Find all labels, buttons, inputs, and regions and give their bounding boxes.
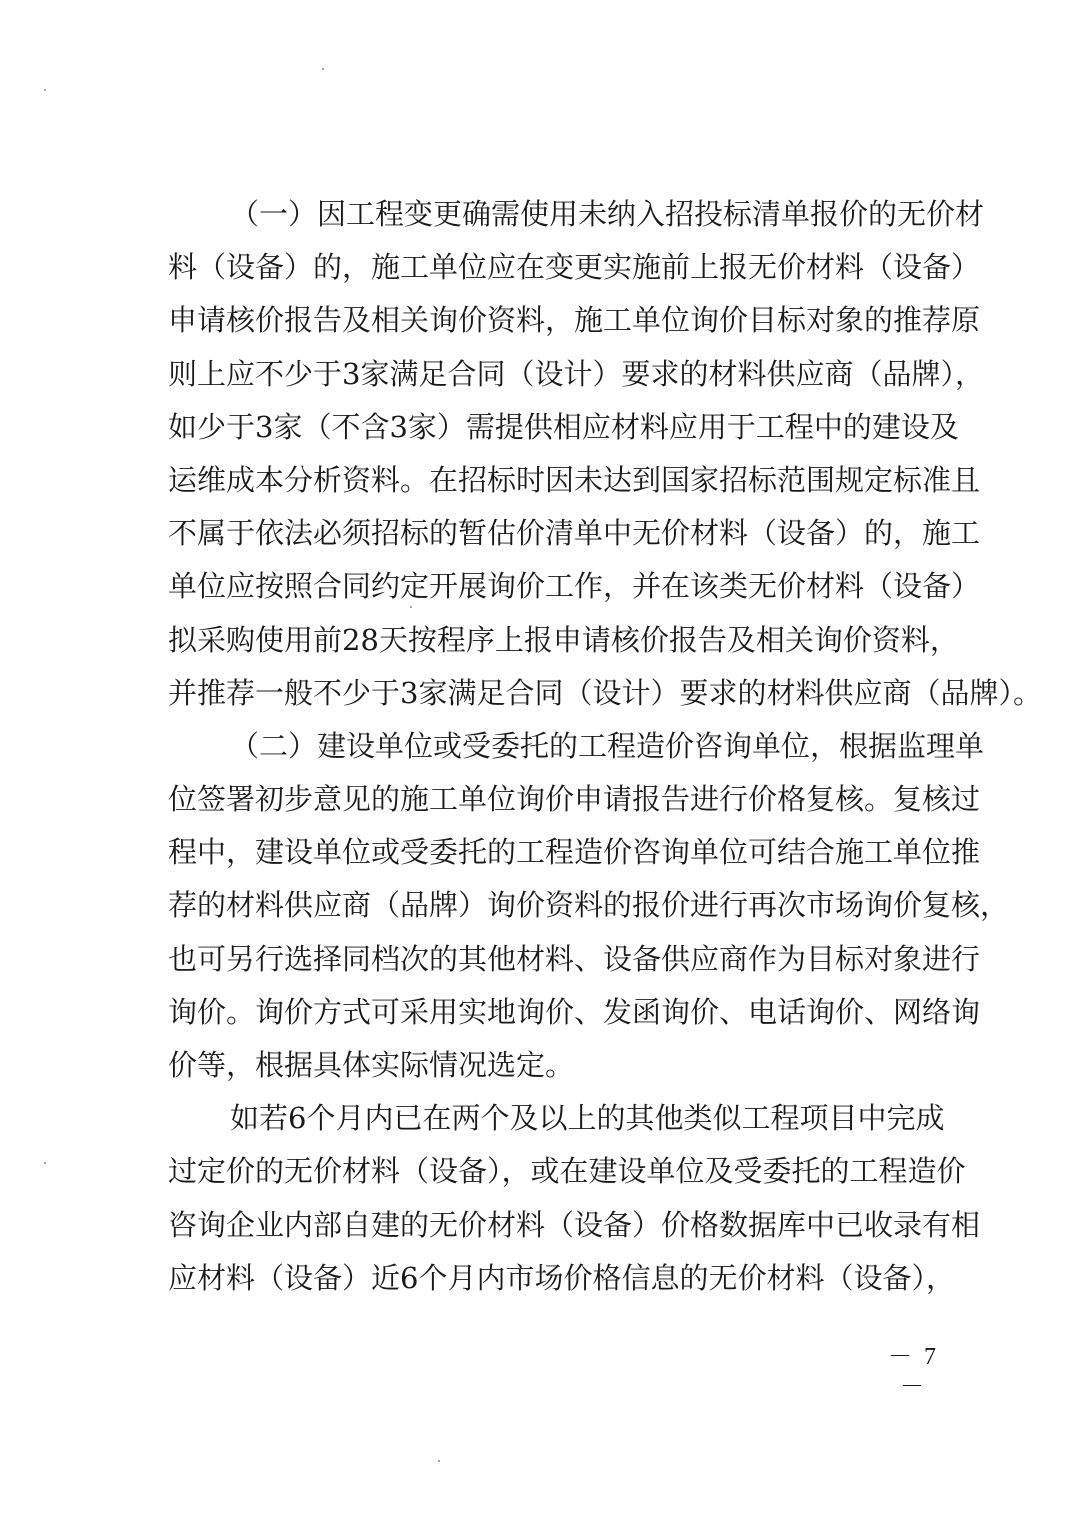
text-line: 运维成本分析资料。在招标时因未达到国家招标范围规定标准且 [168, 454, 940, 507]
text-line: 料（设备）的，施工单位应在变更实施前上报无价材料（设备） [168, 241, 940, 294]
scan-speck [438, 1460, 440, 1462]
text-line: 单位应按照合同约定开展询价工作，并在该类无价材料（设备） [168, 560, 940, 613]
scan-speck [44, 1162, 46, 1164]
text-line: 并推荐一般不少于3家满足合同（设计）要求的材料供应商（品牌）。 [168, 667, 940, 720]
text-line: 应材料（设备）近6个月内市场价格信息的无价材料（设备）， [168, 1252, 940, 1305]
text-line: 询价。询价方式可采用实地询价、发函询价、电话询价、网络询 [168, 986, 940, 1039]
text-line: 也可另行选择同档次的其他材料、设备供应商作为目标对象进行 [168, 933, 940, 986]
text-line: 位签署初步意见的施工单位询价申请报告进行价格复核。复核过 [168, 773, 940, 826]
document-page: （一）因工程变更确需使用未纳入招投标清单报价的无价材 料（设备）的，施工单位应在… [0, 0, 1080, 1528]
text-line: （二）建设单位或受委托的工程造价咨询单位，根据监理单 [168, 720, 940, 773]
page-number: － 7 － [872, 1342, 952, 1402]
paragraph-item-1: （一）因工程变更确需使用未纳入招投标清单报价的无价材 料（设备）的，施工单位应在… [168, 188, 940, 720]
text-line: 荐的材料供应商（品牌）询价资料的报价进行再次市场询价复核， [168, 879, 940, 932]
text-line: （一）因工程变更确需使用未纳入招投标清单报价的无价材 [168, 188, 940, 241]
text-line: 则上应不少于3家满足合同（设计）要求的材料供应商（品牌）， [168, 348, 940, 401]
text-line: 程中，建设单位或受委托的工程造价咨询单位可结合施工单位推 [168, 826, 940, 879]
paragraph-item-3: 如若6个月内已在两个及以上的其他类似工程项目中完成 过定价的无价材料（设备），或… [168, 1092, 940, 1305]
text-line: 咨询企业内部自建的无价材料（设备）价格数据库中已收录有相 [168, 1199, 940, 1252]
text-line: 不属于依法必须招标的暂估价清单中无价材料（设备）的，施工 [168, 507, 940, 560]
text-line: 拟采购使用前28天按程序上报申请核价报告及相关询价资料， [168, 614, 940, 667]
scan-speck [44, 89, 46, 91]
scan-speck [410, 606, 412, 608]
text-line: 过定价的无价材料（设备），或在建设单位及受委托的工程造价 [168, 1145, 940, 1198]
scan-speck [322, 68, 324, 70]
document-body: （一）因工程变更确需使用未纳入招投标清单报价的无价材 料（设备）的，施工单位应在… [168, 188, 940, 1305]
text-line: 价等，根据具体实际情况选定。 [168, 1039, 940, 1092]
paragraph-item-2: （二）建设单位或受委托的工程造价咨询单位，根据监理单 位签署初步意见的施工单位询… [168, 720, 940, 1092]
text-line: 如若6个月内已在两个及以上的其他类似工程项目中完成 [168, 1092, 940, 1145]
text-line: 如少于3家（不含3家）需提供相应材料应用于工程中的建设及 [168, 401, 940, 454]
text-line: 申请核价报告及相关询价资料，施工单位询价目标对象的推荐原 [168, 294, 940, 347]
